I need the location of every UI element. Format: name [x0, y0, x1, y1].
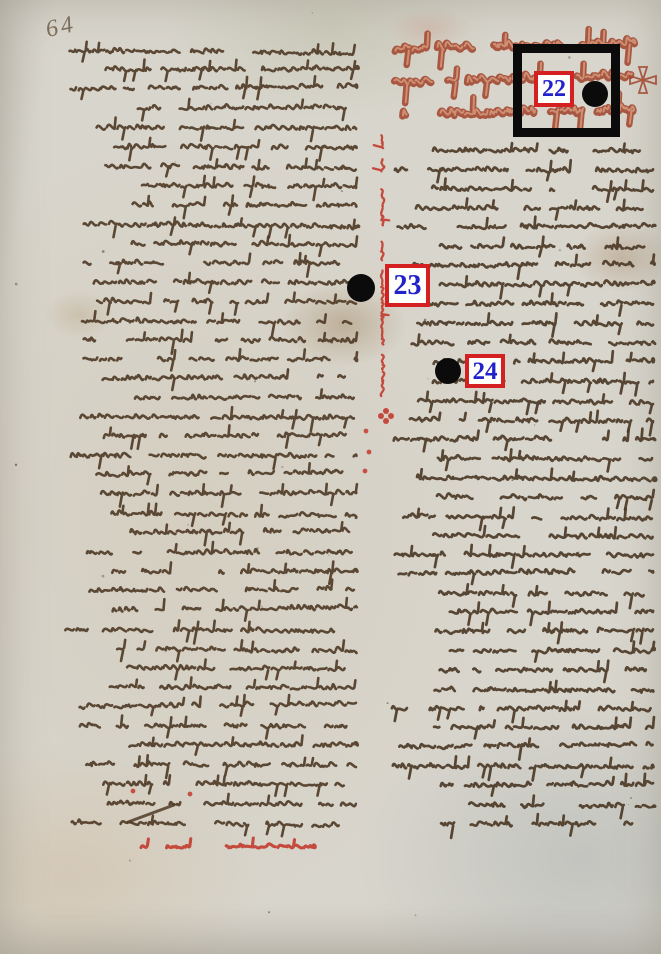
script-line: [69, 41, 354, 65]
parchment-speck: [15, 283, 18, 286]
parchment-speck: [102, 250, 105, 253]
parchment-speck: [129, 859, 131, 861]
script-line: [97, 118, 357, 142]
annotation-label-24[interactable]: 24: [465, 354, 505, 388]
script-line: [395, 545, 653, 568]
script-line: [112, 597, 357, 622]
script-line: [103, 775, 344, 796]
red-dot-ornament: [188, 792, 193, 797]
script-line: [80, 407, 354, 431]
script-line: [104, 425, 346, 449]
script-line: [433, 143, 640, 154]
script-line: [129, 735, 357, 754]
parchment-speck: [563, 783, 565, 785]
script-line: [79, 694, 356, 717]
script-line: [433, 526, 652, 539]
parchment-speck: [210, 103, 212, 105]
script-line: [132, 234, 358, 256]
script-line: [395, 159, 653, 183]
flourish-stroke: [128, 805, 174, 822]
script-line: [94, 273, 356, 294]
manuscript-page-photo: 64 222324: [0, 0, 661, 954]
parchment-speck: [102, 575, 105, 578]
parchment-speck: [428, 378, 430, 380]
script-line: [441, 774, 653, 796]
parchment-speck: [424, 319, 427, 322]
script-line: [112, 561, 357, 584]
script-line: [83, 349, 357, 371]
script-line: [413, 254, 655, 279]
parchment-speck: [628, 804, 629, 805]
parchment-speck: [281, 466, 283, 468]
script-line: [84, 253, 339, 277]
parchment-speck: [15, 464, 17, 466]
script-line: [105, 59, 358, 81]
annotation-label-22[interactable]: 22: [534, 71, 574, 107]
script-line: [101, 483, 357, 507]
script-line: [84, 217, 360, 240]
script-line: [440, 661, 646, 682]
cross-ornament-icon: [630, 67, 656, 93]
script-line: [441, 814, 632, 838]
script-line: [87, 542, 352, 555]
script-line: [111, 503, 356, 527]
script-line: [103, 369, 345, 390]
script-line: [412, 335, 656, 346]
script-line: [72, 815, 339, 837]
red-dot-ornament: [367, 450, 372, 455]
annotation-label-23[interactable]: 23: [385, 264, 430, 307]
script-line: [117, 638, 357, 663]
parchment-speck: [328, 554, 330, 556]
parchment-speck: [268, 911, 270, 913]
script-line: [399, 568, 654, 585]
parchment-speck: [387, 702, 389, 704]
script-line: [89, 579, 354, 593]
red-dot-ornament: [364, 429, 369, 434]
parchment-speck: [630, 797, 632, 799]
annotation-dot-22[interactable]: [582, 81, 608, 107]
annotation-dot-24[interactable]: [435, 358, 461, 384]
parchment-speck: [534, 424, 535, 425]
script-line: [127, 659, 345, 680]
script-line: [133, 195, 357, 218]
script-line: [438, 449, 652, 472]
red-dot-ornament: [363, 469, 368, 474]
parchment-speck: [557, 316, 559, 318]
parchment-speck: [578, 551, 580, 553]
script-line: [418, 391, 653, 415]
script-line: [86, 755, 356, 779]
parchment-speck: [312, 12, 314, 14]
script-line: [399, 737, 652, 760]
script-line: [440, 236, 644, 256]
script-line: [417, 468, 656, 483]
script-line: [70, 76, 357, 101]
script-line: [417, 313, 653, 336]
script-line: [437, 488, 654, 510]
script-line: [82, 311, 351, 336]
script-line: [439, 584, 644, 608]
parchment-speck: [511, 479, 513, 481]
script-line: [135, 389, 354, 400]
script-line: [434, 680, 653, 693]
script-line: [450, 601, 653, 625]
script-line: [398, 216, 656, 229]
quatrefoil-ornament-icon: [378, 408, 394, 424]
parchment-speck: [261, 606, 263, 608]
parchment-speck: [187, 524, 189, 526]
parchment-speck: [254, 380, 256, 382]
script-line: [450, 641, 655, 661]
red-dot-ornament: [131, 789, 136, 794]
parchment-speck: [341, 190, 343, 192]
parchment-speck: [559, 249, 561, 251]
script-line: [114, 138, 357, 162]
script-line: [469, 795, 655, 818]
script-line: [110, 677, 356, 689]
script-line: [97, 292, 356, 315]
script-line: [440, 275, 655, 299]
parchment-speck: [129, 89, 130, 90]
script-line: [71, 453, 357, 469]
parchment-speck: [415, 914, 417, 916]
script-line: [138, 98, 346, 120]
parchment-speck: [175, 161, 176, 162]
script-line: [84, 330, 357, 355]
manuscript-text-layer: [0, 0, 661, 954]
script-line: [96, 463, 342, 485]
script-line: [65, 620, 334, 645]
script-line: [434, 717, 654, 738]
script-line: [130, 522, 349, 546]
script-line: [394, 429, 656, 452]
parchment-speck: [256, 547, 258, 549]
script-line: [432, 179, 653, 202]
script-line: [80, 716, 347, 739]
annotation-dot-23[interactable]: [347, 274, 375, 302]
script-line: [410, 410, 653, 436]
rubric-line: [141, 838, 315, 848]
script-line: [142, 176, 357, 201]
script-line: [392, 701, 651, 723]
